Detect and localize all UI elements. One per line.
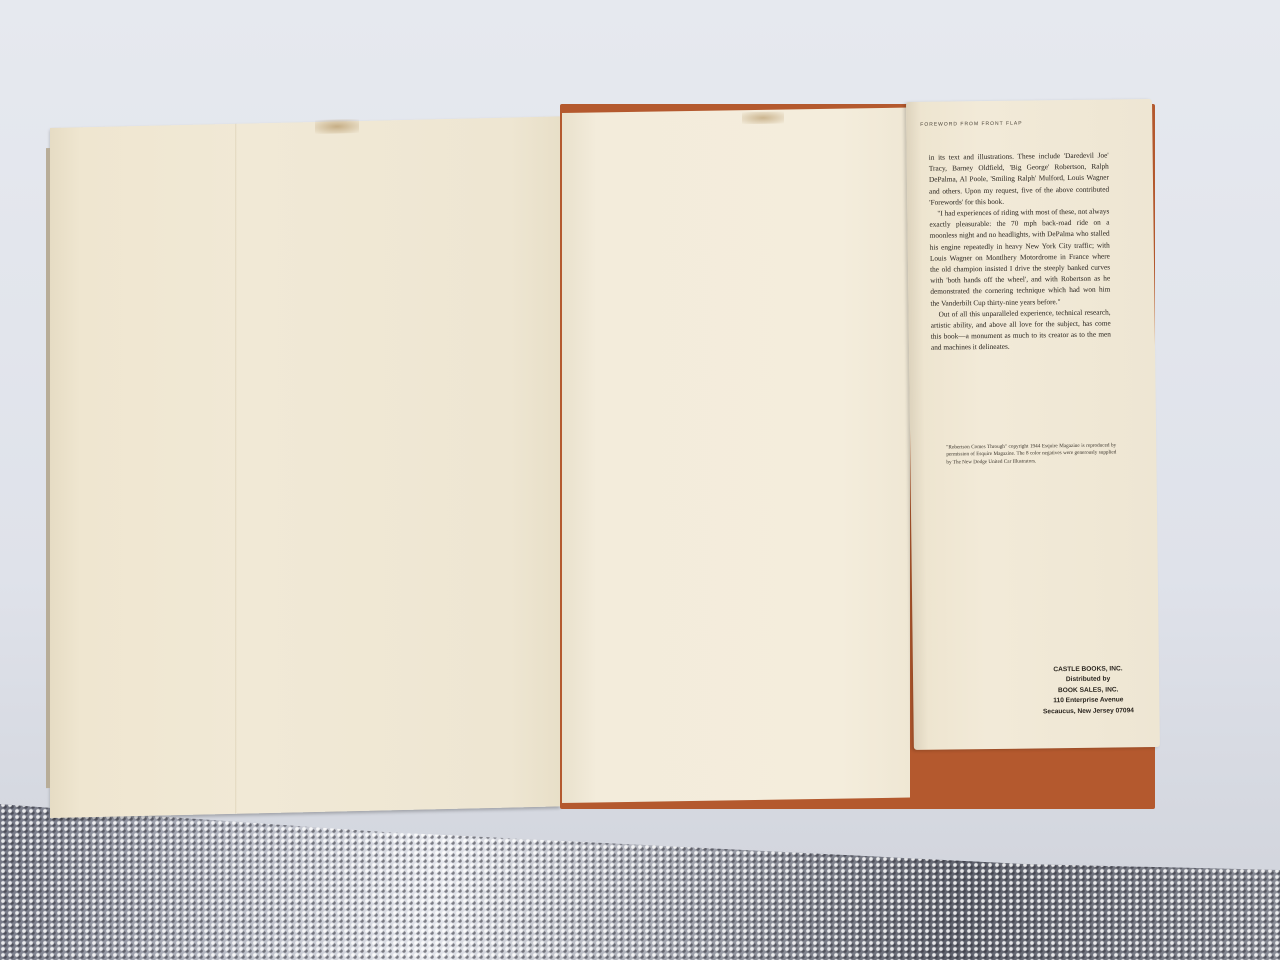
left-page-edge (46, 148, 50, 788)
flap-paragraph: in its text and illustrations. These inc… (929, 150, 1110, 208)
flap-paragraph: "I had experiences of riding with most o… (929, 206, 1110, 309)
photo-scene: Foreword from front flap in its text and… (0, 0, 1280, 960)
endpaper-fold (235, 124, 237, 814)
flap-text: in its text and illustrations. These inc… (929, 150, 1111, 354)
flap-credit: "Robertson Comes Through" copyright 1944… (946, 442, 1116, 466)
flap-paragraph: Out of all this unparalleled experience,… (931, 306, 1112, 353)
publisher-block: Castle Books, Inc. Distributed by Book S… (1013, 664, 1164, 718)
tape-stain (742, 112, 784, 125)
dust-jacket-flap: Foreword from front flap in its text and… (906, 99, 1160, 750)
right-endpaper (562, 108, 910, 803)
left-endpaper (50, 116, 560, 818)
tape-stain (315, 119, 359, 134)
address-city: Secaucus, New Jersey 07094 (1013, 706, 1163, 718)
flap-heading: Foreword from front flap (920, 121, 1022, 128)
